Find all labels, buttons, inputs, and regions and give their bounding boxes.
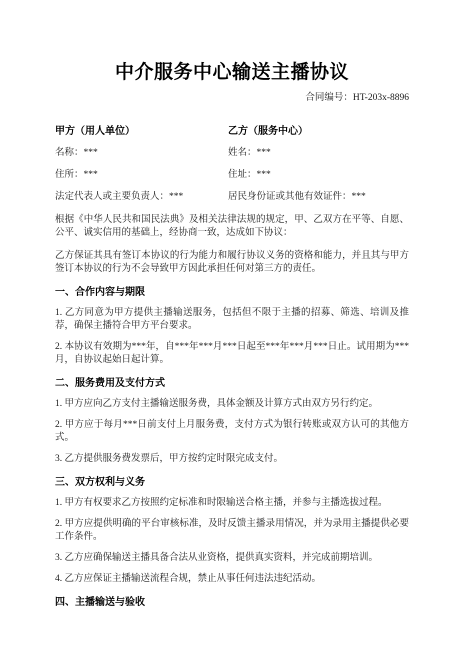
document-content: 中介服务中心输送主播协议 合同编号：HT-203x-8896 甲方（用人单位） … — [0, 60, 463, 609]
contract-number-line: 合同编号：HT-203x-8896 — [55, 92, 409, 105]
party-a-address-label: 住所： — [55, 170, 84, 180]
preamble-legal-basis: 根据《中华人民共和国民法典》及相关法律法规的规定，甲、乙双方在平等、自愿、公平、… — [55, 214, 409, 240]
section-1-heading: 一、合作内容与期限 — [55, 286, 409, 299]
parties-block: 甲方（用人单位） 名称：*** 住所：*** 法定代表人或主要负责人：*** 乙… — [55, 125, 409, 204]
party-b-address-label: 住址： — [228, 170, 257, 180]
party-b-header: 乙方（服务中心） — [228, 125, 409, 138]
section-4-heading: 四、主播输送与验收 — [55, 596, 409, 609]
party-a-address-value: *** — [84, 170, 98, 180]
section-2-clause-2: 2. 甲方应于每月***日前支付上月服务费，支付方式为银行转账或双方认可的其他方… — [55, 419, 409, 445]
section-3-clause-3: 3. 乙方应确保输送主播具备合法从业资格，提供真实资料，并完成前期培训。 — [55, 552, 409, 565]
party-a-representative-value: *** — [169, 192, 183, 202]
party-b-address-row: 住址：*** — [228, 169, 409, 182]
section-2-clause-3: 3. 乙方提供服务费发票后，甲方按约定时限完成支付。 — [55, 453, 409, 466]
party-a-block: 甲方（用人单位） 名称：*** 住所：*** 法定代表人或主要负责人：*** — [55, 125, 228, 204]
party-a-name-row: 名称：*** — [55, 147, 228, 160]
document-title: 中介服务中心输送主播协议 — [55, 60, 409, 84]
section-1-clause-1: 1. 乙方同意为甲方提供主播输送服务，包括但不限于主播的招募、筛选、培训及推荐，… — [55, 307, 409, 333]
party-b-address-value: *** — [257, 170, 271, 180]
party-a-name-label: 名称： — [55, 148, 84, 158]
contract-number-value: HT-203x-8896 — [353, 93, 409, 103]
party-b-id-row: 居民身份证或其他有效证件：*** — [228, 191, 409, 204]
party-b-block: 乙方（服务中心） 姓名：*** 住址：*** 居民身份证或其他有效证件：*** — [228, 125, 409, 204]
party-a-name-value: *** — [84, 148, 98, 158]
party-b-name-row: 姓名：*** — [228, 147, 409, 160]
preamble-party-b-warranty: 乙方保证其具有签订本协议的行为能力和履行协议义务的资格和能力，并且其与甲方签订本… — [55, 250, 409, 276]
contract-number-label: 合同编号： — [305, 93, 353, 103]
party-b-name-label: 姓名： — [228, 148, 257, 158]
party-a-address-row: 住所：*** — [55, 169, 228, 182]
party-a-representative-label: 法定代表人或主要负责人： — [55, 192, 169, 202]
section-3-clause-4: 4. 乙方应保证主播输送流程合规，禁止从事任何违法违纪活动。 — [55, 573, 409, 586]
section-3-clause-1: 1. 甲方有权要求乙方按照约定标准和时限输送合格主播，并参与主播选拔过程。 — [55, 497, 409, 510]
section-2-clause-1: 1. 甲方应向乙方支付主播输送服务费，具体金额及计算方式由双方另行约定。 — [55, 398, 409, 411]
section-3-clause-2: 2. 甲方应提供明确的平台审核标准，及时反馈主播录用情况，并为录用主播提供必要工… — [55, 518, 409, 544]
party-b-id-label: 居民身份证或其他有效证件： — [228, 192, 352, 202]
party-b-name-value: *** — [257, 148, 271, 158]
section-1-clause-2: 2. 本协议有效期为***年，自***年***月***日起至***年***月**… — [55, 341, 409, 367]
party-b-id-value: *** — [352, 192, 366, 202]
contract-document-page: 中介服务中心输送主播协议 合同编号：HT-203x-8896 甲方（用人单位） … — [0, 0, 463, 655]
party-a-representative-row: 法定代表人或主要负责人：*** — [55, 191, 228, 204]
section-2-heading: 二、服务费用及支付方式 — [55, 377, 409, 390]
section-3-heading: 三、双方权利与义务 — [55, 476, 409, 489]
party-a-header: 甲方（用人单位） — [55, 125, 228, 138]
